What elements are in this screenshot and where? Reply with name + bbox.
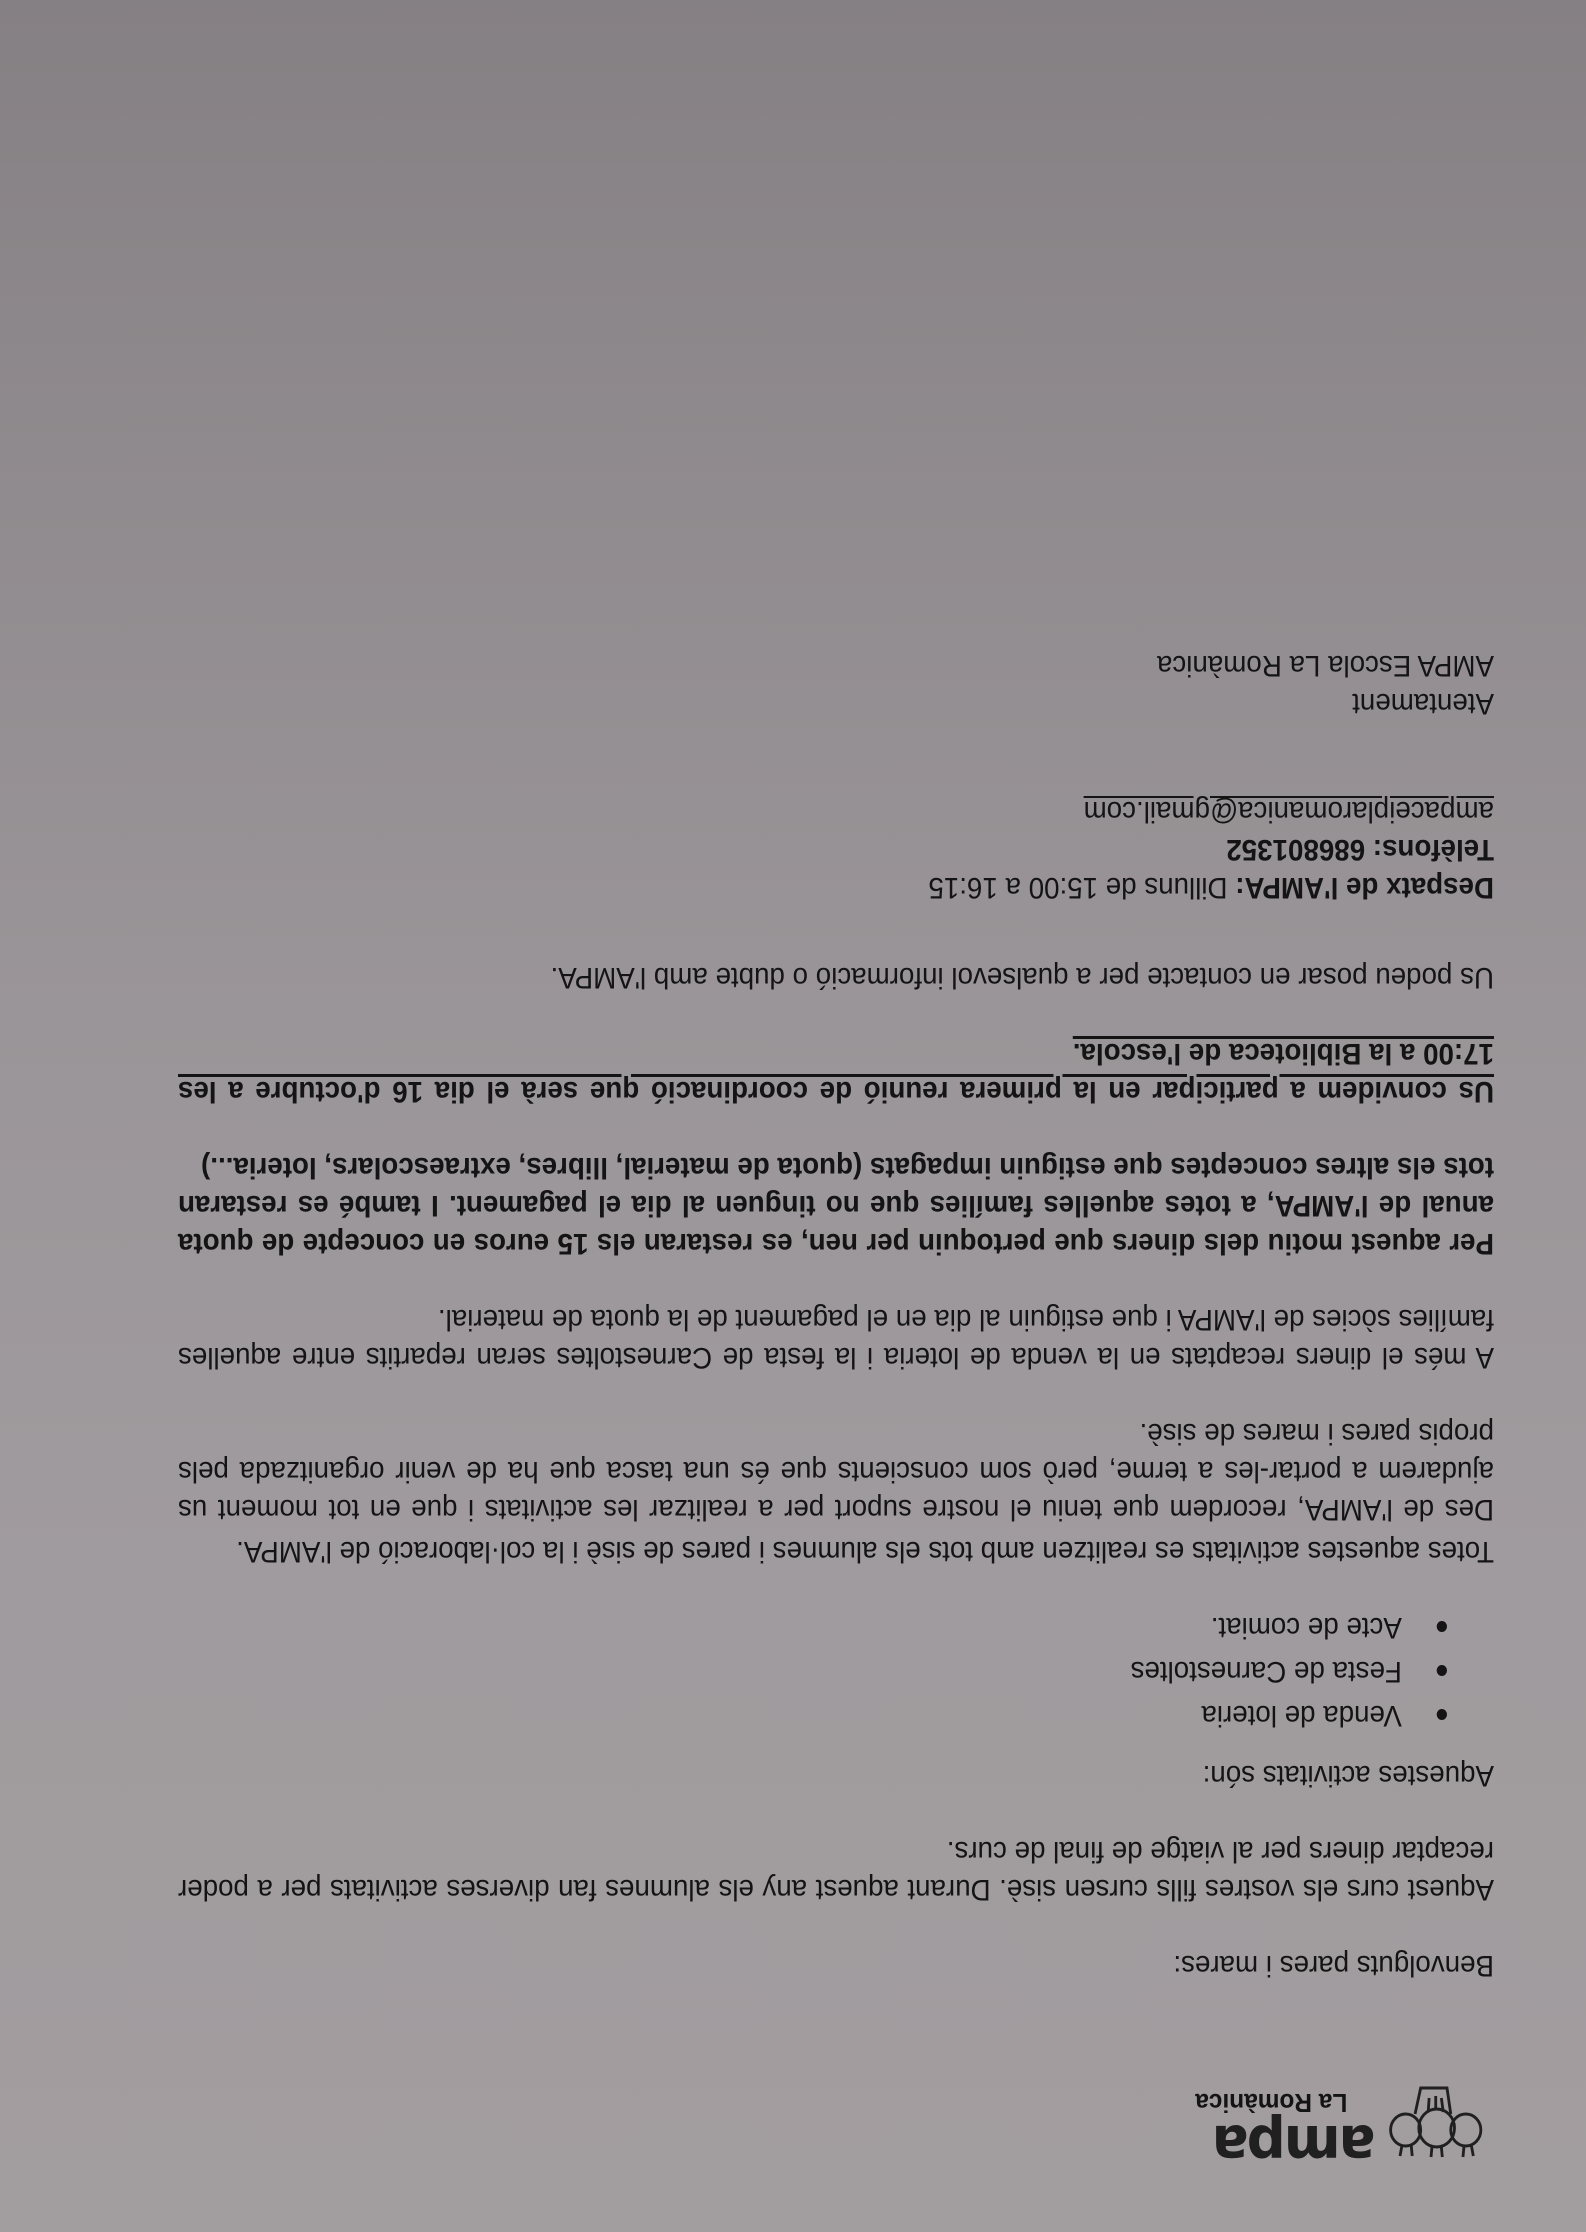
office-hours-line: Despatx de l'AMPA: Dilluns de 15:00 a 16… [178,868,1494,906]
collaboration-paragraph: Totes aquestes activitats es realitzen a… [178,1532,1494,1570]
logo-subtitle: La Romànica [1195,2088,1347,2118]
ampa-logo: ampa La Romànica [178,2044,1494,2174]
list-item: Acte de comiat. [178,1608,1447,1646]
email-link[interactable]: ampaceiplaromanica@gmail.com [1084,795,1494,828]
letter-content: ampa La Romànica Benvolguts pares i mare… [178,646,1494,2174]
closing: Atentament [178,684,1494,722]
support-paragraph: Des de l'AMPA, recordem que teniu el nos… [178,1414,1494,1528]
contact-paragraph: Us podeu posar en contacte per a qualsev… [178,958,1494,996]
meeting-invitation: Us convidem a participar en la primera r… [178,1034,1494,1110]
signature-block: Atentament AMPA Escola La Romànica [178,646,1494,722]
office-label: Despatx de l'AMPA: [1235,871,1494,904]
intro-paragraph: Aquest curs els vostres fills cursen sis… [178,1832,1494,1908]
logo-wordmark: ampa [1195,2118,1375,2174]
greeting: Benvolguts pares i mares: [178,1946,1494,1984]
activities-list: Venda de loteria Festa de Carnestoltes A… [178,1608,1494,1734]
sender: AMPA Escola La Romànica [178,646,1494,684]
deduction-paragraph: Per aquest motiu dels diners que pertoqu… [178,1148,1494,1262]
phone-line: Telèfons: 686801352 [178,830,1494,868]
activities-heading: Aquestes activitats són: [178,1756,1494,1794]
phone-number: 686801352 [1226,833,1365,866]
document-page: ampa La Romànica Benvolguts pares i mare… [0,0,1586,2232]
office-hours: Dilluns de 15:00 a 16:15 [928,871,1227,904]
money-paragraph: A més el diners recaptats en la venda de… [178,1300,1494,1376]
phone-label: Telèfons: [1373,833,1494,866]
contact-block: Despatx de l'AMPA: Dilluns de 15:00 a 16… [178,792,1494,906]
three-kids-faces-icon [1385,2078,1488,2178]
list-item: Festa de Carnestoltes [178,1652,1447,1690]
list-item: Venda de loteria [178,1696,1447,1734]
